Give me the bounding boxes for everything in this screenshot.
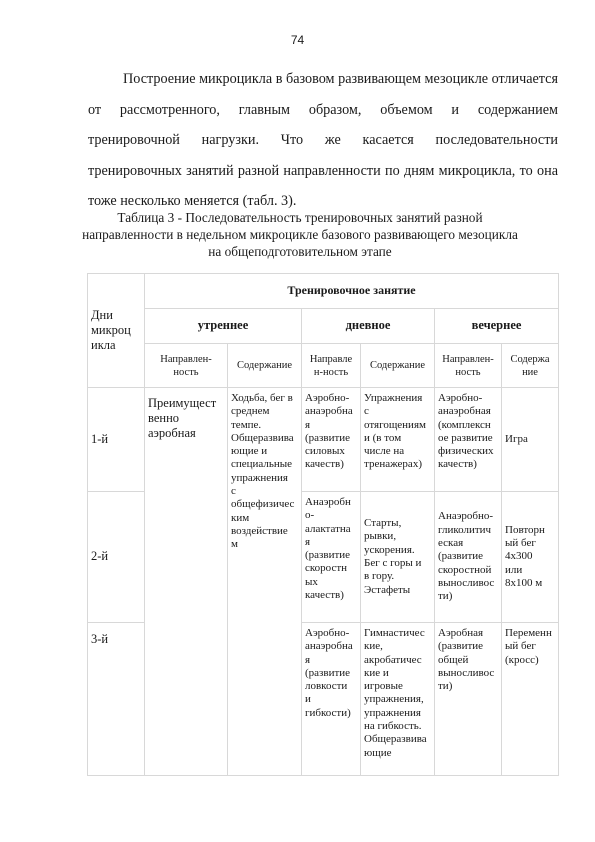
evening-direction-cell: Аэробная (развитие общей выносливос ти) [435,623,502,776]
paragraph-line: Построение микроцикла в базовом развиваю… [88,64,558,95]
evening-content-cell: Игра [502,388,559,492]
subheader-direction: Направле н-ность [302,344,361,388]
paragraph-line: тренировочной нагрузки. Что же касается … [88,125,558,156]
part-header-evening: вечернее [435,309,559,344]
header-row-sub: Направлен- ность Содержание Направле н-н… [88,344,559,388]
evening-direction-cell: Анаэробно- гликолитич еская (развитие ск… [435,492,502,623]
page-number: 74 [0,33,595,47]
day-cell: 2-й [88,492,145,623]
day-cell: 1-й [88,388,145,492]
evening-content-cell: Повторн ый бег 4х300 или 8х100 м [502,492,559,623]
subheader-content: Содержание [361,344,435,388]
subheader-direction: Направлен- ность [435,344,502,388]
caption-line: на общеподготовительном этапе [80,243,520,260]
day-cell: 3-й [88,623,145,776]
subheader-content: Содержа ние [502,344,559,388]
days-header: Дни микроц икла [88,274,145,388]
subheader-content: Содержание [228,344,302,388]
evening-content-cell: Переменн ый бег (кросс) [502,623,559,776]
morning-direction-cell: Преимущест венно аэробная [145,388,228,776]
day-content-cell: Упражнения с отягощениям и (в том числе … [361,388,435,492]
day-direction-cell: Аэробно- анаэробна я (развитие силовых к… [302,388,361,492]
header-row-parts: утреннее дневное вечернее [88,309,559,344]
day-content-cell: Старты, рывки, ускорения. Бег с горы и в… [361,492,435,623]
day-direction-cell: Анаэробн о- алактатна я (развитие скорос… [302,492,361,623]
table-caption: Таблица 3 - Последовательность тренирово… [80,209,520,260]
part-header-day: дневное [302,309,435,344]
body-paragraph: Построение микроцикла в базовом развиваю… [88,64,558,217]
day-direction-cell: Аэробно- анаэробна я (развитие ловкости … [302,623,361,776]
part-header-morning: утреннее [145,309,302,344]
caption-line: Таблица 3 - Последовательность тренирово… [80,209,520,226]
evening-direction-cell: Аэробно- анаэробная (комплексн ое развит… [435,388,502,492]
paragraph-line: от рассмотренного, главным образом, объе… [88,95,558,126]
caption-line: направленности в недельном микроцикле ба… [80,226,520,243]
microcycle-table: Дни микроц икла Тренировочное занятие ут… [87,273,559,776]
subheader-direction: Направлен- ность [145,344,228,388]
training-session-header: Тренировочное занятие [145,274,559,309]
header-row-main: Дни микроц икла Тренировочное занятие [88,274,559,309]
morning-content-cell: Ходьба, бег в среднем темпе. Общеразвива… [228,388,302,776]
day-content-cell: Гимнастичес кие, акробатичес кие и игров… [361,623,435,776]
paragraph-line: тренировочных занятий разной направленно… [88,156,558,187]
table-row: 1-й Преимущест венно аэробная Ходьба, бе… [88,388,559,492]
